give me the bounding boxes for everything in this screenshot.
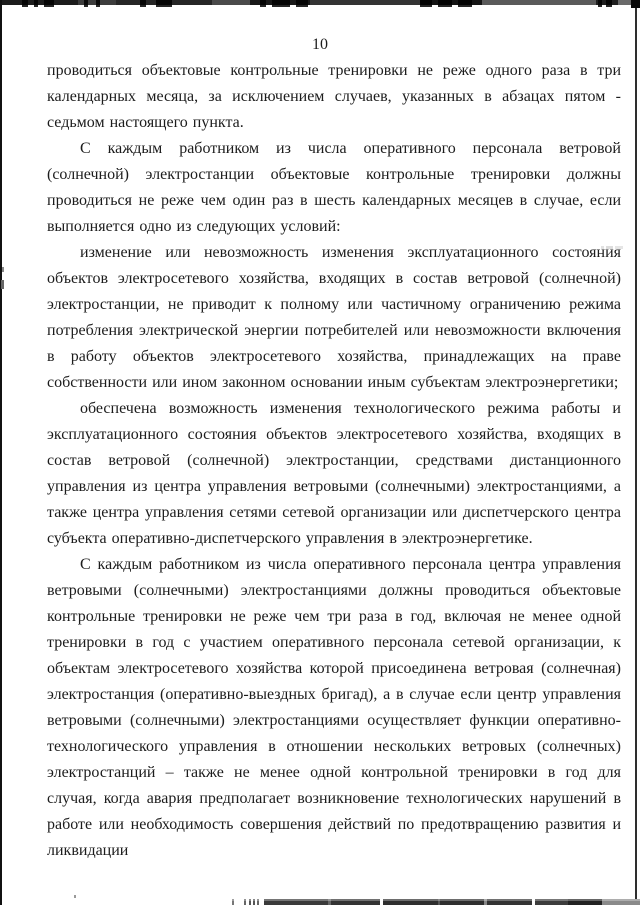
scan-artifact-left-edge (0, 0, 2, 905)
paragraph: С каждым работником из числа оперативног… (47, 136, 621, 240)
scan-artifact-left-mark (2, 267, 4, 272)
scan-artifact-top-right-corner (631, 0, 640, 8)
paragraph-continuation: проводиться объектовые контрольные трени… (47, 58, 621, 136)
scan-artifact-left-mark (1, 280, 4, 289)
scan-artifact-bottom-edge (232, 899, 640, 905)
document-body: проводиться объектовые контрольные трени… (47, 58, 621, 864)
document-page: 10 проводиться объектовые контрольные тр… (0, 0, 640, 905)
scan-artifact-top-edge-dashes (0, 0, 640, 7)
page-number: 10 (0, 36, 640, 54)
paragraph: изменение или невозможность изменения эк… (47, 240, 621, 396)
scan-artifact-right-edge (635, 0, 637, 905)
scan-artifact-speck (74, 895, 76, 898)
paragraph: обеспечена возможность изменения техноло… (47, 396, 621, 552)
paragraph: С каждым работником из числа оперативног… (47, 552, 621, 864)
